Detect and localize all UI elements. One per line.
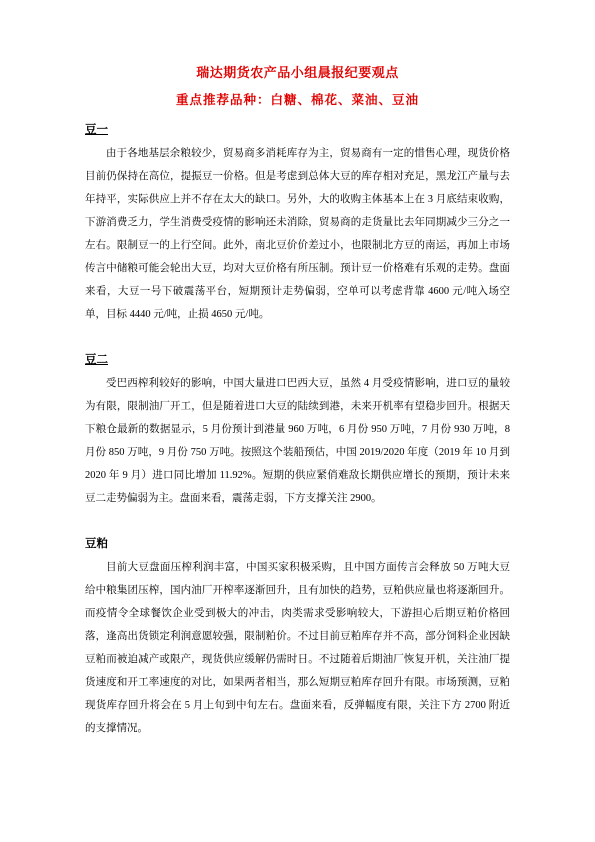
section-heading-douyi: 豆一 [85,119,510,142]
section-paragraph-douyi: 由于各地基层余粮较少，贸易商多消耗库存为主，贸易商有一定的惜售心理，现货价格目前… [85,142,510,326]
section-douyi: 豆一 由于各地基层余粮较少，贸易商多消耗库存为主，贸易商有一定的惜售心理，现货价… [85,119,510,326]
section-doupo: 豆粕 目前大豆盘面压榨利润丰富，中国买家积极采购，且中国方面传言会释放 50 万… [85,533,510,740]
section-heading-doupo: 豆粕 [85,533,510,556]
section-paragraph-douer: 受巴西榨利较好的影响，中国大量进口巴西大豆，虽然 4 月受疫情影响，进口豆的量较… [85,372,510,510]
document-page: 瑞达期货农产品小组晨报纪要观点 重点推荐品种：白糖、棉花、菜油、豆油 豆一 由于… [0,0,595,842]
document-subtitle: 重点推荐品种：白糖、棉花、菜油、豆油 [85,91,510,109]
section-douer: 豆二 受巴西榨利较好的影响，中国大量进口巴西大豆，虽然 4 月受疫情影响，进口豆… [85,349,510,510]
document-title: 瑞达期货农产品小组晨报纪要观点 [85,64,510,82]
section-heading-douer: 豆二 [85,349,510,372]
section-paragraph-doupo: 目前大豆盘面压榨利润丰富，中国买家积极采购，且中国方面传言会释放 50 万吨大豆… [85,556,510,740]
